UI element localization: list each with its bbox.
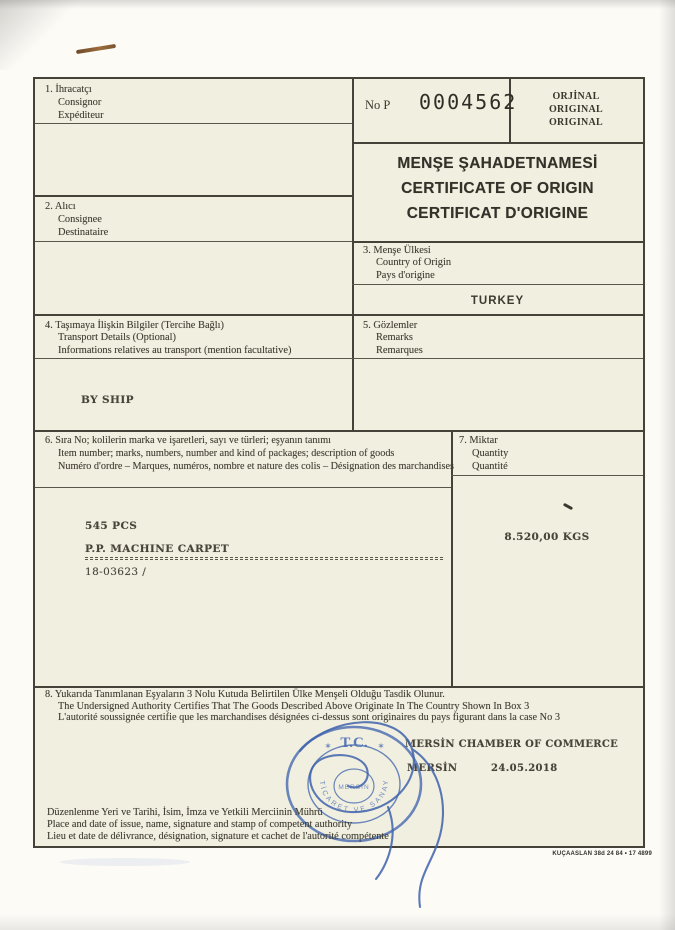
goods-pieces: 545 PCS bbox=[85, 520, 137, 532]
country-of-origin-label: 3. Menşe Ülkesi Country of Origin Pays d… bbox=[363, 245, 451, 282]
title-line-turkish: MENŞE ŞAHADETNAMESİ bbox=[352, 151, 643, 176]
scan-corner-shadow bbox=[0, 0, 80, 70]
certificate-form: No P 0004562 ORJİNAL ORIGINAL ORIGINAL M… bbox=[33, 77, 645, 848]
remarks-label: 5. Gözlemler Remarks Remarques bbox=[363, 320, 423, 357]
serial-number: 0004562 bbox=[419, 90, 517, 114]
box6-label-underline bbox=[35, 487, 451, 488]
stamp-star-right: ✶ bbox=[377, 741, 385, 751]
transport-value: BY SHIP bbox=[81, 394, 134, 406]
goods-description-label: 6. Sıra No; kolilerin marka ve işaretler… bbox=[45, 435, 447, 473]
box7-label-underline bbox=[451, 475, 643, 476]
serial-label: No P bbox=[365, 98, 390, 113]
box2-label-underline bbox=[35, 241, 352, 242]
issue-footer-label: Düzenlenme Yeri ve Tarihi, İsim, İmza ve… bbox=[47, 807, 527, 843]
copy-line: ORIGINAL bbox=[509, 103, 643, 116]
title-line-french: CERTIFICAT D'ORIGINE bbox=[352, 201, 643, 226]
pen-tick-mark bbox=[563, 503, 573, 510]
box5-label-underline bbox=[352, 358, 643, 359]
printer-mark: KUÇAASLAN 38d 24 84 • 17 4899 bbox=[528, 851, 652, 857]
serial-row-bottom-line bbox=[352, 142, 643, 144]
transport-details-label: 4. Taşımaya İlişkin Bilgiler (Tercihe Ba… bbox=[45, 320, 291, 357]
pen-mark bbox=[76, 44, 116, 54]
ink-smear bbox=[60, 858, 190, 866]
stamp-top-text: T.C. bbox=[340, 735, 367, 751]
title-bottom-line bbox=[352, 241, 643, 243]
row-divider-3 bbox=[35, 686, 643, 688]
issue-date: 24.05.2018 bbox=[491, 763, 558, 774]
goods-reference: 18-03623 / bbox=[85, 566, 146, 578]
copy-type-block: ORJİNAL ORIGINAL ORIGINAL bbox=[509, 90, 643, 129]
scan-edge-right bbox=[659, 0, 675, 930]
quantity-value: 8.520,00 KGS bbox=[451, 531, 643, 543]
stamp-star-left: ✶ bbox=[324, 741, 332, 751]
goods-separator bbox=[85, 557, 443, 560]
scan-edge-top bbox=[0, 0, 675, 9]
copy-line: ORJİNAL bbox=[509, 90, 643, 103]
column-divider bbox=[352, 79, 354, 430]
copy-line: ORIGINAL bbox=[509, 116, 643, 129]
row-divider-1 bbox=[35, 314, 643, 316]
box1-bottom-line bbox=[35, 195, 352, 197]
consignor-label: 1. İhracatçı Consignor Expéditeur bbox=[45, 84, 104, 122]
box4-label-underline bbox=[35, 358, 352, 359]
title-line-english: CERTIFICATE OF ORIGIN bbox=[352, 176, 643, 201]
quantity-label: 7. Miktar Quantity Quantité bbox=[459, 435, 508, 473]
goods-description: P.P. MACHINE CARPET bbox=[85, 543, 229, 555]
document-title: MENŞE ŞAHADETNAMESİ CERTIFICATE OF ORIGI… bbox=[352, 151, 643, 226]
consignee-label: 2. Alıcı Consignee Destinataire bbox=[45, 201, 108, 239]
row-divider-2 bbox=[35, 430, 643, 432]
box3-label-underline bbox=[352, 284, 643, 285]
box1-label-underline bbox=[35, 123, 352, 124]
country-of-origin-value: TURKEY bbox=[352, 295, 643, 307]
